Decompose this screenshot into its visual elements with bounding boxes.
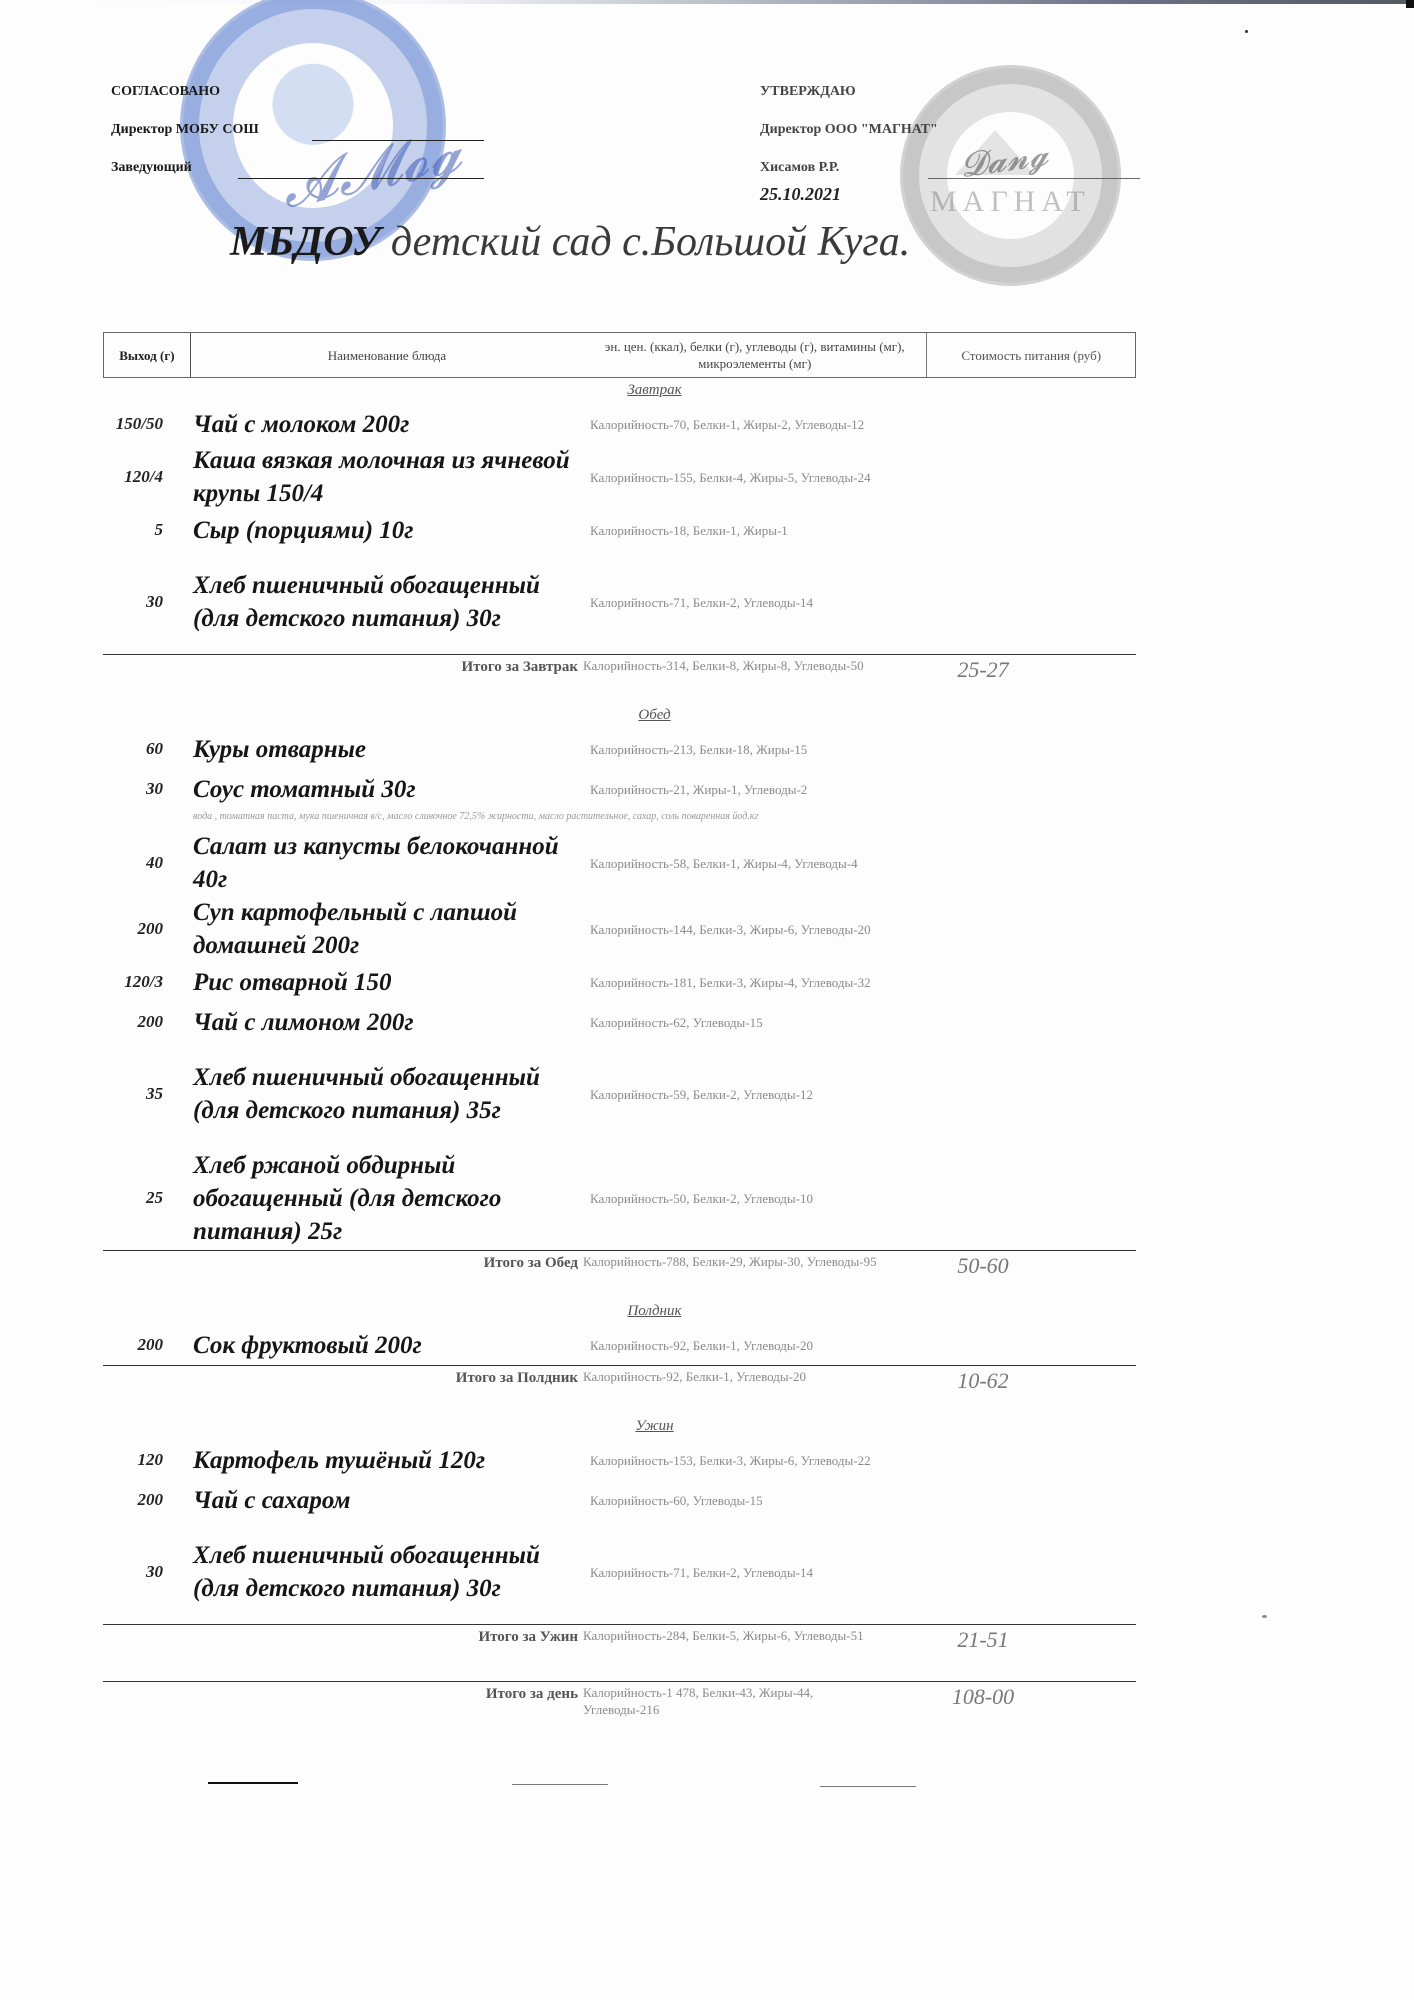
footer-line bbox=[512, 1784, 608, 1785]
menu-table-body: Завтрак150/50Чай с молоком 200гКалорийно… bbox=[103, 380, 1136, 1734]
item-nutrition: Калорийность-92, Белки-1, Углеводы-20 bbox=[590, 1337, 890, 1354]
scan-corner-mark bbox=[1406, 0, 1414, 8]
item-ingredients: вода , томатная паста, мука пшеничная в/… bbox=[193, 809, 913, 830]
item-yield: 30 bbox=[103, 779, 163, 799]
menu-item-row: 30Хлеб пшеничный обогащенный (для детско… bbox=[103, 550, 1136, 654]
item-nutrition: Калорийность-50, Белки-2, Углеводы-10 bbox=[590, 1190, 890, 1207]
item-name: Хлеб пшеничный обогащенный (для детского… bbox=[193, 569, 578, 635]
menu-item-row: 25Хлеб ржаной обдирный обогащенный (для … bbox=[103, 1146, 1136, 1250]
menu-item-row: 200Сок фруктовый 200гКалорийность-92, Бе… bbox=[103, 1325, 1136, 1365]
item-yield: 120/4 bbox=[103, 467, 163, 487]
stamp-company-name: МАГНАТ bbox=[930, 185, 1090, 219]
section-total-row: Итого за ОбедКалорийность-788, Белки-29,… bbox=[103, 1250, 1136, 1301]
item-name: Сок фруктовый 200г bbox=[193, 1329, 578, 1362]
total-cost: 21-51 bbox=[883, 1627, 1083, 1653]
approver-name: Хисамов Р.Р. bbox=[760, 160, 839, 176]
menu-item-row: 30Соус томатный 30гКалорийность-21, Жиры… bbox=[103, 769, 1136, 809]
signature-line bbox=[312, 140, 484, 141]
item-yield: 200 bbox=[103, 1335, 163, 1355]
header-dish-name: Наименование блюда bbox=[191, 333, 583, 377]
approver-company-director: Директор ООО "МАГНАТ" bbox=[760, 122, 938, 138]
item-name: Суп картофельный с лапшой домашней 200г bbox=[193, 896, 578, 962]
total-label: Итого за Завтрак bbox=[103, 657, 578, 676]
item-nutrition: Калорийность-144, Белки-3, Жиры-6, Углев… bbox=[590, 921, 890, 938]
item-name: Куры отварные bbox=[193, 733, 578, 766]
section-total-row: Итого за ЗавтракКалорийность-314, Белки-… bbox=[103, 654, 1136, 705]
scan-speck bbox=[1245, 30, 1248, 33]
item-nutrition: Калорийность-155, Белки-4, Жиры-5, Углев… bbox=[590, 469, 890, 486]
day-total-cost: 108-00 bbox=[883, 1684, 1083, 1710]
item-nutrition: Калорийность-59, Белки-2, Углеводы-12 bbox=[590, 1086, 890, 1103]
item-nutrition: Калорийность-153, Белки-3, Жиры-6, Углев… bbox=[590, 1452, 890, 1469]
item-yield: 200 bbox=[103, 1012, 163, 1032]
item-nutrition: Калорийность-70, Белки-1, Жиры-2, Углево… bbox=[590, 416, 890, 433]
total-label: Итого за Обед bbox=[103, 1253, 578, 1272]
menu-item-row: 30Хлеб пшеничный обогащенный (для детско… bbox=[103, 1520, 1136, 1624]
footer-line bbox=[208, 1782, 298, 1784]
menu-item-row: 60Куры отварныеКалорийность-213, Белки-1… bbox=[103, 729, 1136, 769]
signature-line bbox=[238, 178, 484, 179]
total-cost: 50-60 bbox=[883, 1253, 1083, 1279]
section-title-1: Обед bbox=[138, 705, 1171, 729]
section-title-0: Завтрак bbox=[138, 380, 1171, 404]
item-yield: 200 bbox=[103, 919, 163, 939]
total-nutrition: Калорийность-314, Белки-8, Жиры-8, Углев… bbox=[583, 657, 883, 674]
item-name: Картофель тушёный 120г bbox=[193, 1444, 578, 1477]
item-yield: 200 bbox=[103, 1490, 163, 1510]
item-name: Каша вязкая молочная из ячневой крупы 15… bbox=[193, 444, 578, 510]
item-yield: 30 bbox=[103, 592, 163, 612]
item-nutrition: Калорийность-71, Белки-2, Углеводы-14 bbox=[590, 594, 890, 611]
total-nutrition: Калорийность-92, Белки-1, Углеводы-20 bbox=[583, 1368, 883, 1385]
item-name: Хлеб пшеничный обогащенный (для детского… bbox=[193, 1539, 578, 1605]
total-nutrition: Калорийность-284, Белки-5, Жиры-6, Углев… bbox=[583, 1627, 883, 1644]
menu-item-row: 120Картофель тушёный 120гКалорийность-15… bbox=[103, 1440, 1136, 1480]
signature-line bbox=[928, 178, 1140, 179]
item-nutrition: Калорийность-213, Белки-18, Жиры-15 bbox=[590, 741, 890, 758]
section-title-2: Полдник bbox=[138, 1301, 1171, 1325]
item-yield: 25 bbox=[103, 1188, 163, 1208]
menu-item-row: 150/50Чай с молоком 200гКалорийность-70,… bbox=[103, 404, 1136, 444]
item-nutrition: Калорийность-21, Жиры-1, Углеводы-2 bbox=[590, 781, 890, 798]
menu-item-row: 200Чай с сахаромКалорийность-60, Углевод… bbox=[103, 1480, 1136, 1520]
item-name: Чай с лимоном 200г bbox=[193, 1006, 578, 1039]
item-name: Соус томатный 30г bbox=[193, 773, 578, 806]
item-yield: 150/50 bbox=[103, 414, 163, 434]
item-name: Рис отварной 150 bbox=[193, 966, 578, 999]
item-nutrition: Калорийность-60, Углеводы-15 bbox=[590, 1492, 890, 1509]
item-nutrition: Калорийность-18, Белки-1, Жиры-1 bbox=[590, 522, 890, 539]
menu-item-row: 40Салат из капусты белокочанной 40гКалор… bbox=[103, 830, 1136, 896]
item-name: Хлеб ржаной обдирный обогащенный (для де… bbox=[193, 1149, 578, 1248]
scan-speck bbox=[1262, 1615, 1267, 1618]
title-org: МБДОУ bbox=[230, 219, 380, 265]
header-nutrition: эн. цен. (ккал), белки (г), углеводы (г)… bbox=[583, 333, 927, 377]
menu-item-row: 5Сыр (порциями) 10гКалорийность-18, Белк… bbox=[103, 510, 1136, 550]
item-yield: 35 bbox=[103, 1084, 163, 1104]
header-cost: Стоимость питания (руб) bbox=[927, 333, 1135, 377]
approver-head: Заведующий bbox=[111, 160, 192, 176]
item-yield: 40 bbox=[103, 853, 163, 873]
item-yield: 60 bbox=[103, 739, 163, 759]
day-total-row: Итого за деньКалорийность-1 478, Белки-4… bbox=[103, 1681, 1136, 1734]
menu-table-header: Выход (г) Наименование блюда эн. цен. (к… bbox=[103, 332, 1136, 378]
day-total-nutrition: Калорийность-1 478, Белки-43, Жиры-44, У… bbox=[583, 1684, 883, 1718]
title-rest: детский сад с.Большой Куга. bbox=[380, 219, 910, 265]
document-title: МБДОУ детский сад с.Большой Куга. bbox=[230, 218, 910, 266]
day-total-label: Итого за день bbox=[103, 1684, 578, 1703]
menu-item-row: 200Суп картофельный с лапшой домашней 20… bbox=[103, 896, 1136, 962]
menu-item-row: 35Хлеб пшеничный обогащенный (для детско… bbox=[103, 1042, 1136, 1146]
item-yield: 120 bbox=[103, 1450, 163, 1470]
menu-item-row: 120/3Рис отварной 150Калорийность-181, Б… bbox=[103, 962, 1136, 1002]
section-title-3: Ужин bbox=[138, 1416, 1171, 1440]
item-yield: 5 bbox=[103, 520, 163, 540]
section-total-row: Итого за УжинКалорийность-284, Белки-5, … bbox=[103, 1624, 1136, 1675]
total-label: Итого за Ужин bbox=[103, 1627, 578, 1646]
approval-date: 25.10.2021 bbox=[760, 184, 841, 205]
confirm-heading: УТВЕРЖДАЮ bbox=[760, 84, 856, 100]
item-name: Салат из капусты белокочанной 40г bbox=[193, 830, 578, 896]
item-name: Чай с сахаром bbox=[193, 1484, 578, 1517]
menu-item-row: 120/4Каша вязкая молочная из ячневой кру… bbox=[103, 444, 1136, 510]
item-yield: 120/3 bbox=[103, 972, 163, 992]
item-name: Сыр (порциями) 10г bbox=[193, 514, 578, 547]
item-yield: 30 bbox=[103, 1562, 163, 1582]
total-nutrition: Калорийность-788, Белки-29, Жиры-30, Угл… bbox=[583, 1253, 883, 1270]
approved-heading: СОГЛАСОВАНО bbox=[111, 84, 220, 100]
footer-line bbox=[820, 1786, 916, 1787]
approver-school-director: Директор МОБУ СОШ bbox=[111, 122, 259, 138]
scan-edge bbox=[0, 0, 1414, 4]
item-nutrition: Калорийность-181, Белки-3, Жиры-4, Углев… bbox=[590, 974, 890, 991]
total-cost: 25-27 bbox=[883, 657, 1083, 683]
item-nutrition: Калорийность-62, Углеводы-15 bbox=[590, 1014, 890, 1031]
section-total-row: Итого за ПолдникКалорийность-92, Белки-1… bbox=[103, 1365, 1136, 1416]
menu-item-row: 200Чай с лимоном 200гКалорийность-62, Уг… bbox=[103, 1002, 1136, 1042]
item-name: Чай с молоком 200г bbox=[193, 408, 578, 441]
item-nutrition: Калорийность-71, Белки-2, Углеводы-14 bbox=[590, 1564, 890, 1581]
total-cost: 10-62 bbox=[883, 1368, 1083, 1394]
total-label: Итого за Полдник bbox=[103, 1368, 578, 1387]
item-name: Хлеб пшеничный обогащенный (для детского… bbox=[193, 1061, 578, 1127]
item-nutrition: Калорийность-58, Белки-1, Жиры-4, Углево… bbox=[590, 855, 890, 872]
header-yield: Выход (г) bbox=[104, 333, 191, 377]
